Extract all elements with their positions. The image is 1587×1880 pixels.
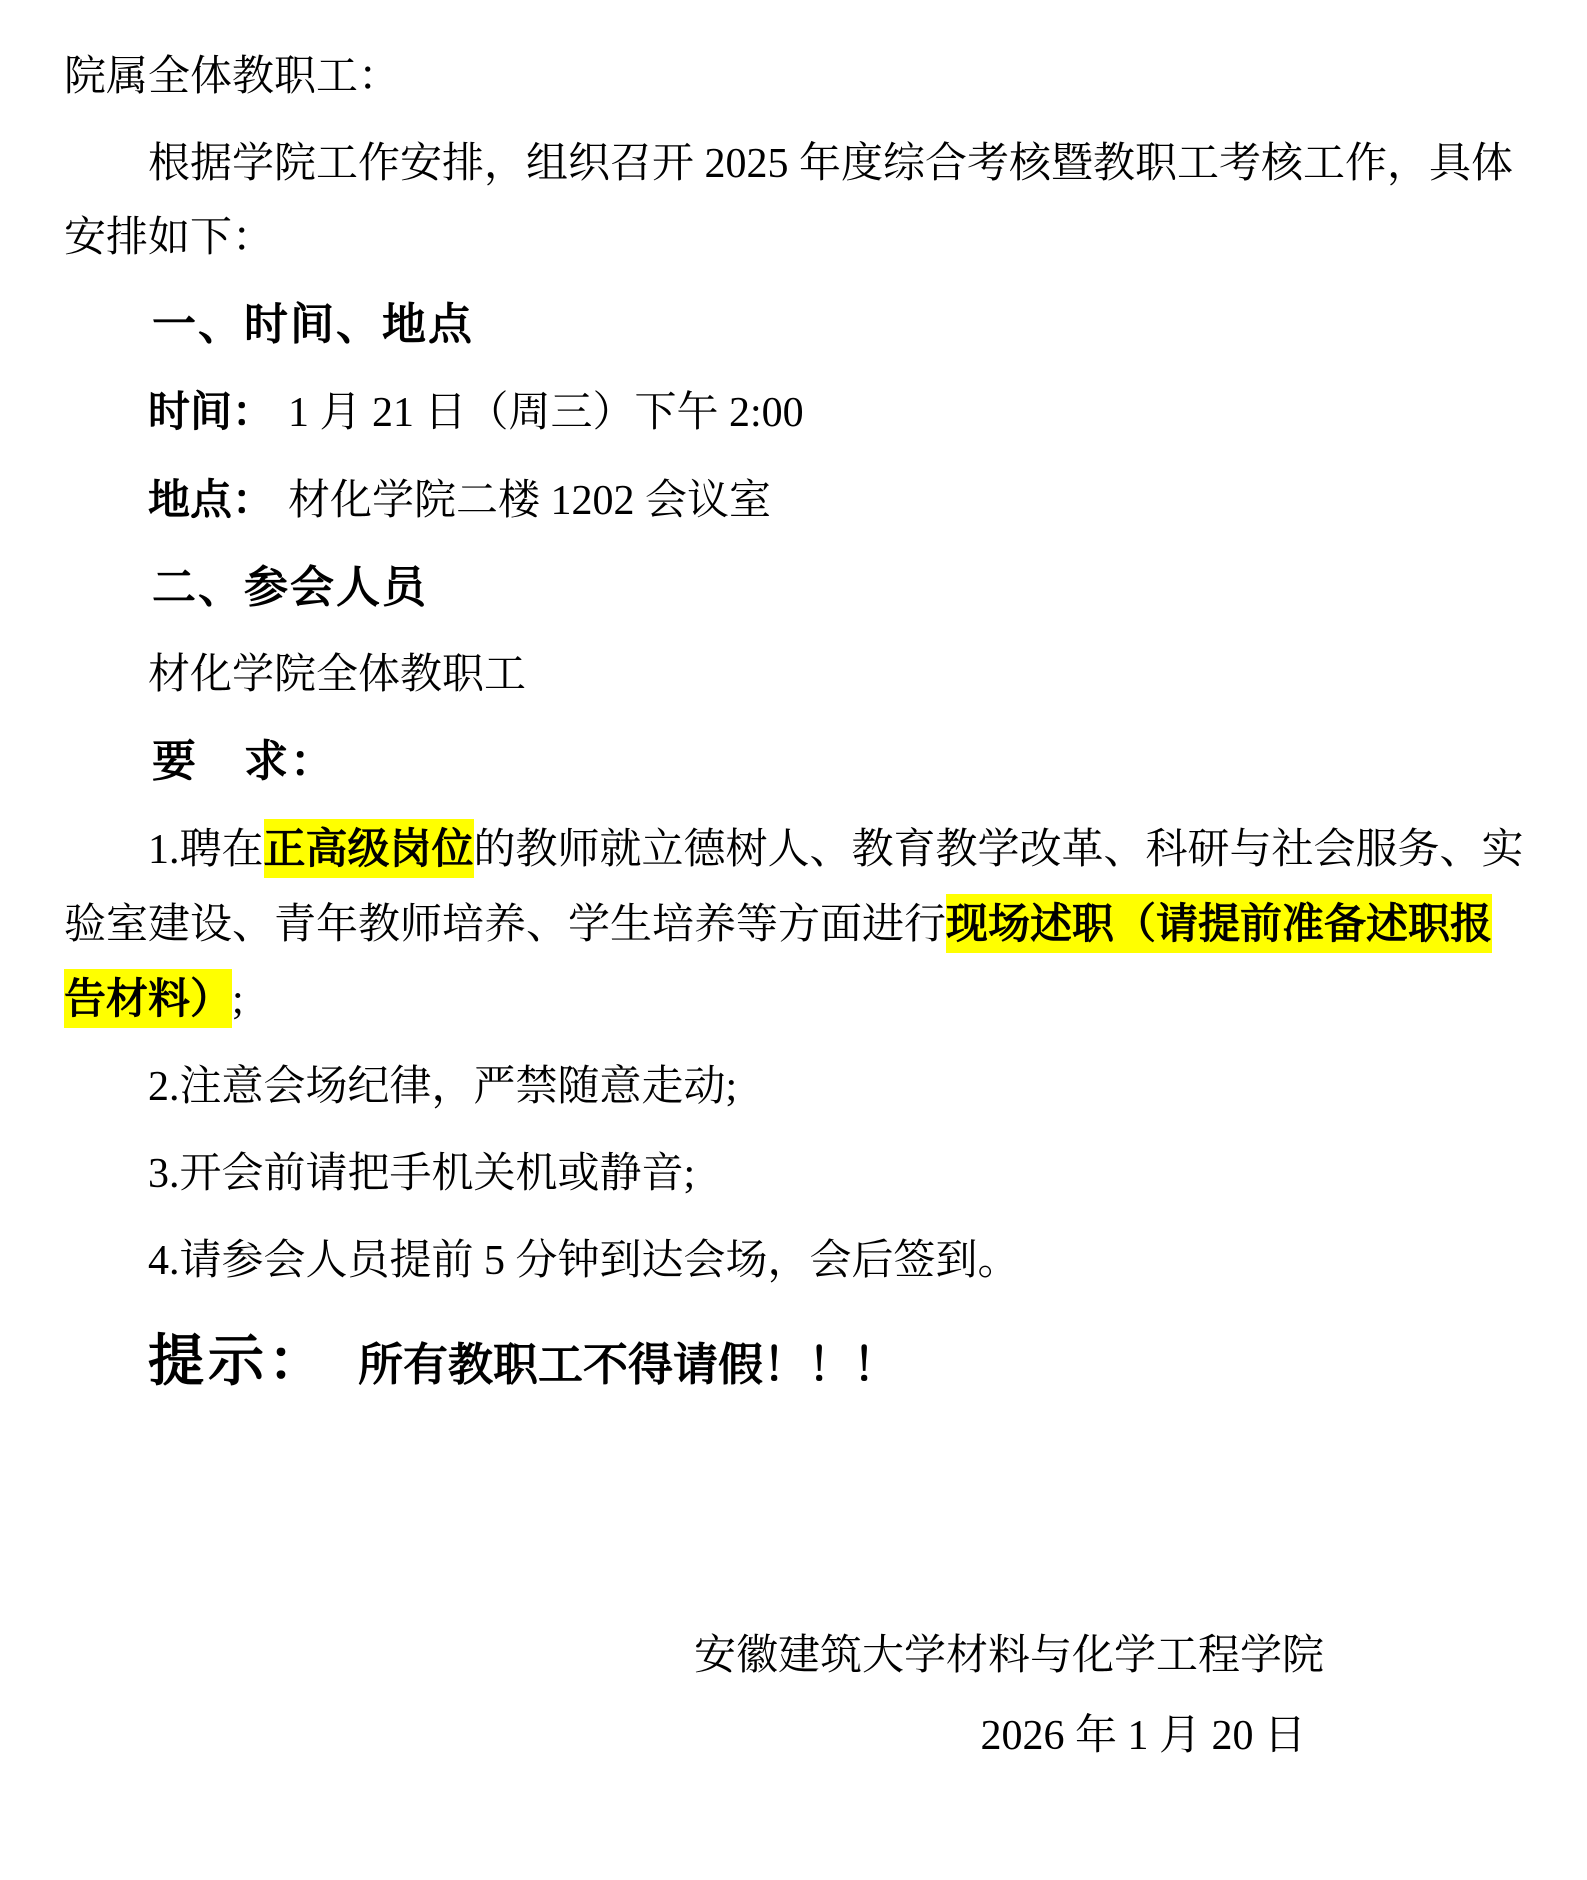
- place-value: 材化学院二楼 1202 会议室: [288, 478, 771, 524]
- date-line: 2026 年 1 月 20 日: [64, 1699, 1524, 1773]
- requirement-item-2: 2.注意会场纪律，严禁随意走动;: [64, 1050, 1524, 1124]
- time-line: 时间：1 月 21 日（周三）下午 2:00: [64, 375, 1524, 450]
- time-label: 时间：: [148, 388, 274, 435]
- time-value: 1 月 21 日（周三）下午 2:00: [288, 390, 804, 436]
- place-label: 地点：: [148, 476, 274, 523]
- requirements-heading: 要 求：: [64, 725, 1524, 799]
- requirement-item-1: 1.聘在正高级岗位的教师就立德树人、教育教学改革、科研与社会服务、实验室建设、青…: [64, 812, 1524, 1037]
- document-page: 院属全体教职工： 根据学院工作安排，组织召开 2025 年度综合考核暨教职工考核…: [0, 0, 1587, 1880]
- requirement-item-4: 4.请参会人员提前 5 分钟到达会场，会后签到。: [64, 1224, 1524, 1298]
- footer-block: 安徽建筑大学材料与化学工程学院 2026 年 1 月 20 日: [64, 1619, 1524, 1773]
- attendees-line: 材化学院全体教职工: [64, 638, 1524, 712]
- notice-label: 提示：: [148, 1329, 328, 1392]
- section1-heading: 一、时间、地点: [64, 288, 1524, 362]
- salutation: 院属全体教职工：: [64, 40, 1524, 114]
- document-content: 院属全体教职工： 根据学院工作安排，组织召开 2025 年度综合考核暨教职工考核…: [64, 40, 1524, 1773]
- requirement-item-1-pre: 1.聘在: [148, 827, 264, 873]
- notice-text: 所有教职工不得请假！！！: [358, 1340, 898, 1390]
- intro-paragraph: 根据学院工作安排，组织召开 2025 年度综合考核暨教职工考核工作，具体安排如下…: [64, 127, 1524, 275]
- requirement-item-1-post: ;: [232, 977, 244, 1023]
- notice-line: 提示：所有教职工不得请假！！！: [64, 1324, 1524, 1404]
- highlight-senior-position: 正高级岗位: [264, 819, 474, 878]
- signature-line: 安徽建筑大学材料与化学工程学院: [64, 1619, 1524, 1693]
- requirement-item-3: 3.开会前请把手机关机或静音;: [64, 1137, 1524, 1211]
- section2-heading: 二、参会人员: [64, 551, 1524, 625]
- place-line: 地点：材化学院二楼 1202 会议室: [64, 463, 1524, 538]
